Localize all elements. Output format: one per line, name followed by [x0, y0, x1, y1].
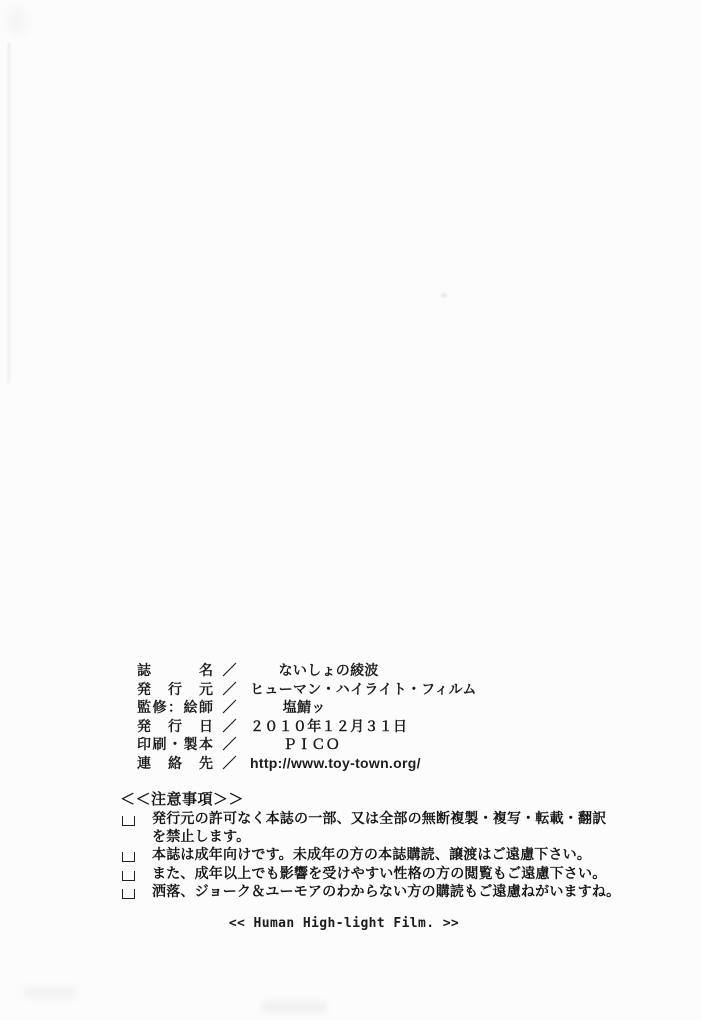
scanned-colophon-page: 誌名 ／ ないしょの綾波 発行元 ／ ヒューマン・ハイライト・フィルム 監修：絵…: [0, 0, 702, 1020]
colophon-label: 監修：絵師: [137, 698, 213, 717]
scan-artifact-speck: [441, 293, 447, 298]
open-box-bullet-icon: [122, 889, 135, 899]
artist-name: 塩鯖ッ: [250, 698, 326, 717]
notice-item: 発行元の許可なく本誌の一部、又は全部の無断複製・複写・転載・翻訳 を禁止します。: [120, 811, 634, 847]
printer-name: ＰＩＣＯ: [250, 735, 340, 754]
publication-date: ２０１０年１２月３１日: [250, 717, 407, 736]
separator-slash: ／: [222, 680, 237, 699]
publisher-name: ヒューマン・ハイライト・フィルム: [250, 680, 477, 699]
colophon-label: 発行日: [137, 717, 213, 736]
open-box-bullet-icon: [122, 852, 135, 862]
colophon-row-artist: 監修：絵師 ／ 塩鯖ッ: [137, 698, 477, 717]
colophon-row-publisher: 発行元 ／ ヒューマン・ハイライト・フィルム: [137, 680, 477, 699]
colophon-label: 発行元: [137, 680, 213, 699]
open-box-bullet-icon: [122, 816, 135, 826]
colophon-label: 誌名: [137, 661, 213, 680]
colophon-row-printer: 印刷・製本 ／ ＰＩＣＯ: [137, 735, 477, 754]
colophon-row-title: 誌名 ／ ないしょの綾波: [137, 661, 477, 680]
notices-heading: ＜＜注意事項＞＞: [120, 791, 634, 810]
circle-credit-footer: << Human High-light Film. >>: [0, 916, 702, 931]
notices-block: ＜＜注意事項＞＞ 発行元の許可なく本誌の一部、又は全部の無断複製・複写・転載・翻…: [120, 791, 634, 902]
notice-item: 本誌は成年向けです。未成年の方の本誌購読、譲渡はご遠慮下さい。: [120, 847, 634, 865]
notice-item: 洒落、ジョーク＆ユーモアのわからない方の購読もご遠慮ねがいますね。: [120, 884, 634, 902]
book-title: ないしょの綾波: [250, 661, 379, 680]
scan-artifact-left-line: [8, 18, 10, 383]
scan-artifact-smudge: [24, 986, 76, 999]
notice-text: 発行元の許可なく本誌の一部、又は全部の無断複製・複写・転載・翻訳 を禁止します。: [152, 811, 634, 847]
notice-text: また、成年以上でも影響を受けやすい性格の方の閲覧もご遠慮下さい。: [152, 866, 634, 884]
separator-slash: ／: [222, 735, 237, 754]
separator-slash: ／: [222, 754, 237, 773]
scan-artifact-corner: [0, 0, 34, 42]
separator-slash: ／: [222, 661, 237, 680]
separator-slash: ／: [222, 717, 237, 736]
colophon-label: 連絡先: [137, 754, 213, 773]
colophon-row-contact: 連絡先 ／ http://www.toy-town.org/: [137, 754, 477, 773]
colophon-block: 誌名 ／ ないしょの綾波 発行元 ／ ヒューマン・ハイライト・フィルム 監修：絵…: [137, 661, 477, 773]
open-box-bullet-icon: [122, 871, 135, 881]
contact-url: http://www.toy-town.org/: [250, 754, 421, 773]
colophon-label: 印刷・製本: [137, 735, 213, 754]
colophon-row-date: 発行日 ／ ２０１０年１２月３１日: [137, 717, 477, 736]
scan-artifact-smudge: [262, 1001, 326, 1013]
notice-text: 洒落、ジョーク＆ユーモアのわからない方の購読もご遠慮ねがいますね。: [152, 884, 634, 902]
notice-text: 本誌は成年向けです。未成年の方の本誌購読、譲渡はご遠慮下さい。: [152, 847, 634, 865]
separator-slash: ／: [222, 698, 237, 717]
notice-item: また、成年以上でも影響を受けやすい性格の方の閲覧もご遠慮下さい。: [120, 866, 634, 884]
